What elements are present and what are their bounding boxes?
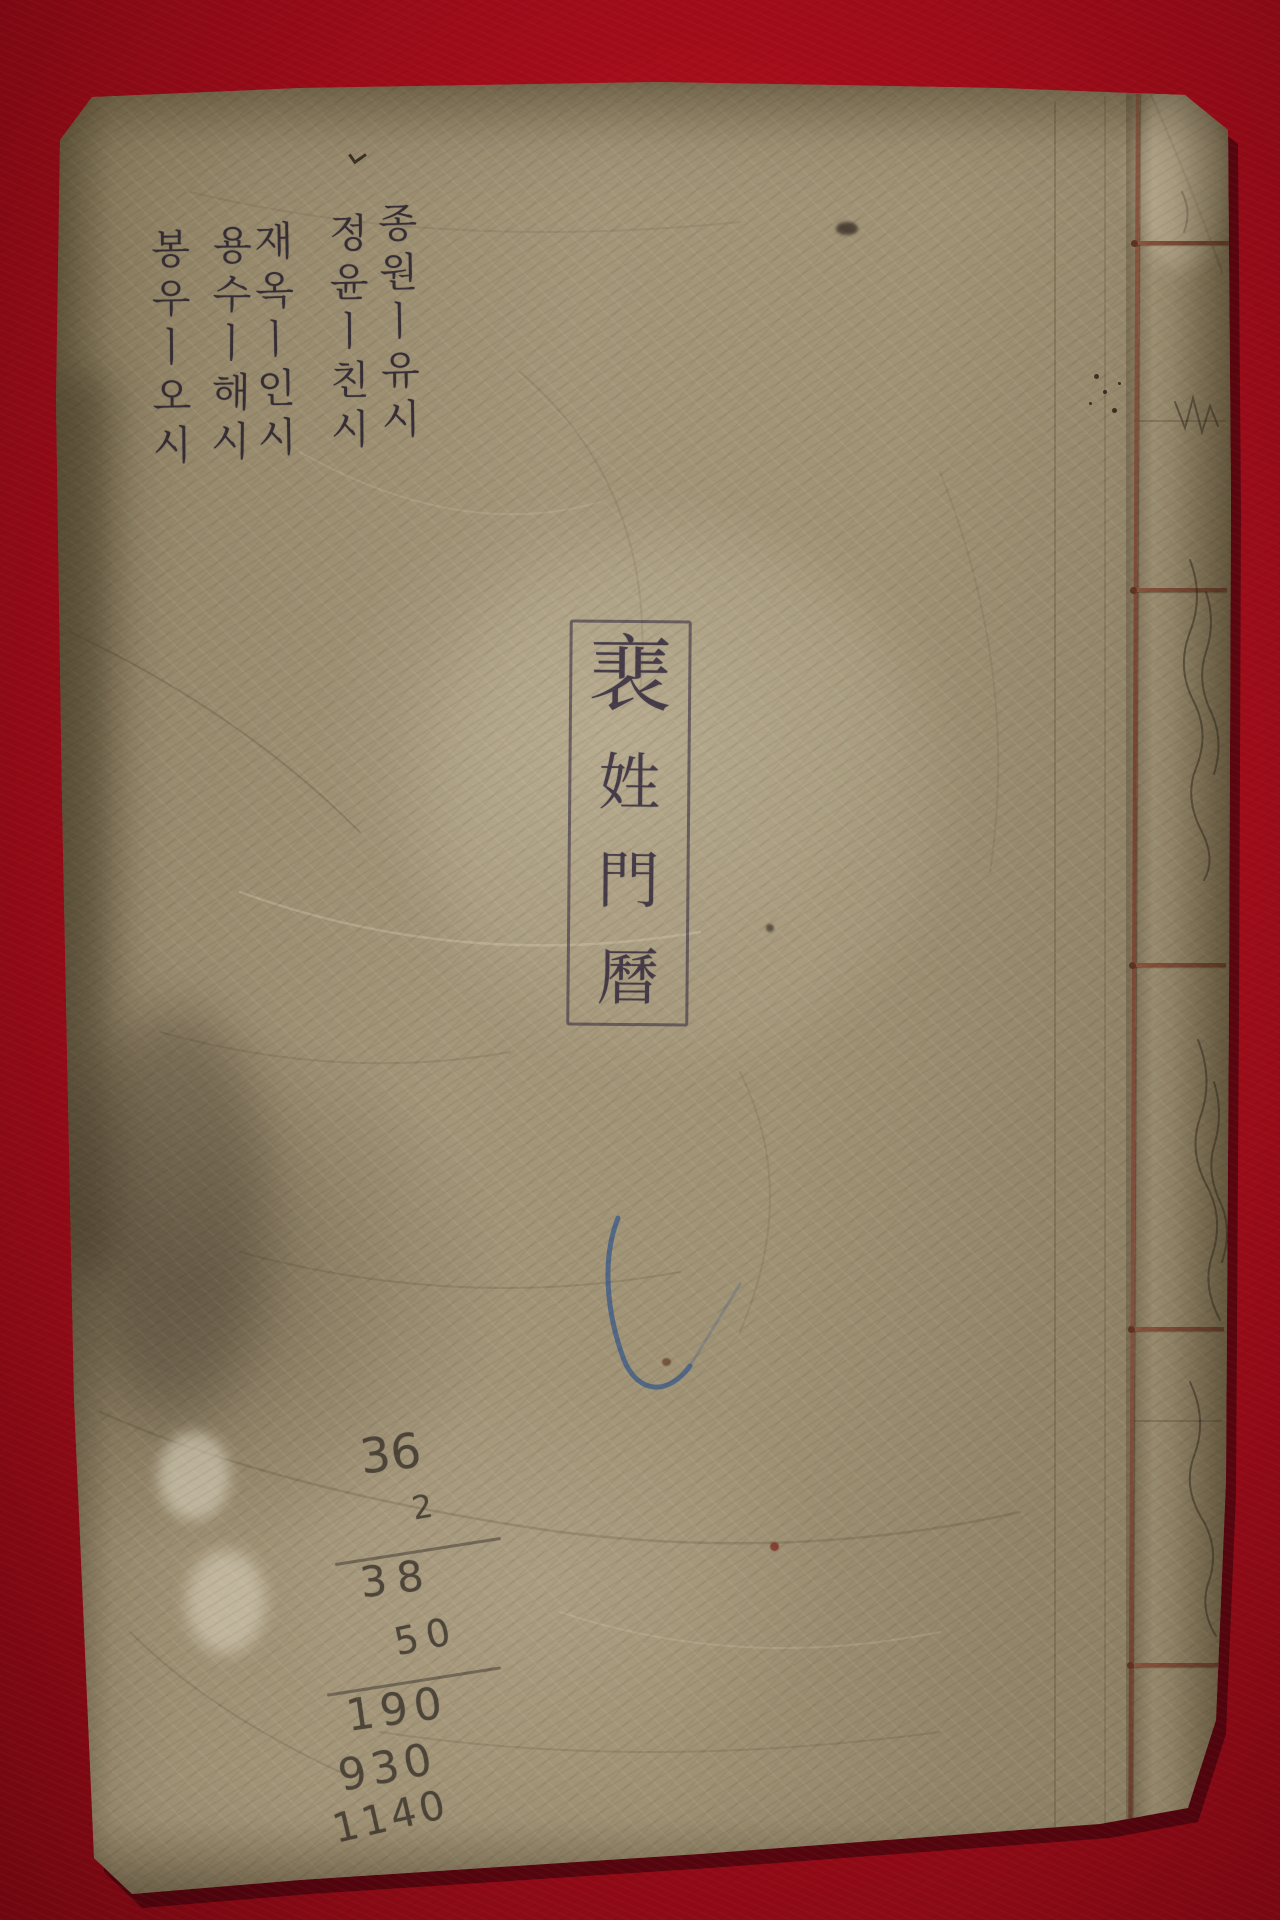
thread-knot-2: [1130, 587, 1137, 594]
stain-dark-bottom-left: [80, 1002, 270, 1422]
binding-stitch-1: [1133, 241, 1229, 245]
stain-white-patch-2: [186, 1550, 266, 1654]
hangul-column-1: 종원ㅣ유시: [374, 202, 418, 448]
ink-speck-3: [1112, 408, 1117, 413]
hangul-column-2: 정윤ㅣ친시: [325, 212, 367, 457]
margin-crease-1: [1134, 420, 1226, 422]
number-50: 50: [390, 1608, 462, 1664]
red-felt-background: 종원ㅣ유시 정윤ㅣ친시 재옥ㅣ인시 용수ㅣ해시 봉우ㅣ오시 裵 姓 門 曆 36…: [0, 0, 1280, 1920]
binding-stitch-3: [1130, 963, 1226, 967]
hangul-column-5: 봉우ㅣ오시: [147, 228, 189, 473]
thread-knot-5: [1127, 1662, 1134, 1669]
book-cover: 종원ㅣ유시 정윤ㅣ친시 재옥ㅣ인시 용수ㅣ해시 봉우ㅣ오시 裵 姓 門 曆 36…: [40, 72, 1245, 1912]
scrawl-zigzag: [1175, 398, 1218, 432]
hangul-column-4: 용수ㅣ해시: [207, 224, 249, 469]
title-char-2: 姓: [598, 752, 661, 815]
stain-dark-left-edge: [50, 372, 120, 1272]
margin-crease-2: [1132, 1420, 1222, 1422]
number-190: 190: [343, 1677, 451, 1742]
thread-knot-4: [1128, 1326, 1135, 1333]
binding-margin: [1126, 88, 1232, 1848]
smudge-top-center: [836, 222, 858, 235]
ink-speck-2: [1103, 390, 1107, 394]
red-brown-spot: [770, 1542, 779, 1551]
thread-knot-3: [1129, 962, 1136, 969]
binding-stitch-4: [1129, 1327, 1224, 1331]
title-char-4: 曆: [596, 947, 659, 1010]
number-36: 36: [357, 1422, 424, 1485]
cover-fold-line-2: [1104, 96, 1106, 1836]
ink-speck-5: [1118, 382, 1121, 385]
stain-white-patch-1: [158, 1432, 230, 1520]
thread-knot-1: [1131, 240, 1138, 247]
hangul-column-3: 재옥ㅣ인시: [250, 220, 294, 466]
ink-speck-4: [1089, 402, 1092, 405]
title-char-3: 門: [597, 849, 660, 912]
title-cartouche: 裵 姓 門 曆: [566, 619, 692, 1026]
ink-speck-1: [1094, 374, 1099, 379]
cover-fold-line-1: [1054, 102, 1056, 1832]
smudge-mid-dot: [766, 924, 774, 932]
number-38: 38: [357, 1550, 436, 1608]
binding-thread-vertical: [1128, 94, 1140, 1850]
title-char-1: 裵: [588, 633, 673, 718]
number-2: 2: [409, 1487, 436, 1528]
binding-stitch-2: [1131, 588, 1227, 592]
binding-stitch-5: [1128, 1663, 1222, 1667]
ink-check-mark: [348, 147, 367, 165]
brown-spot: [662, 1358, 671, 1366]
